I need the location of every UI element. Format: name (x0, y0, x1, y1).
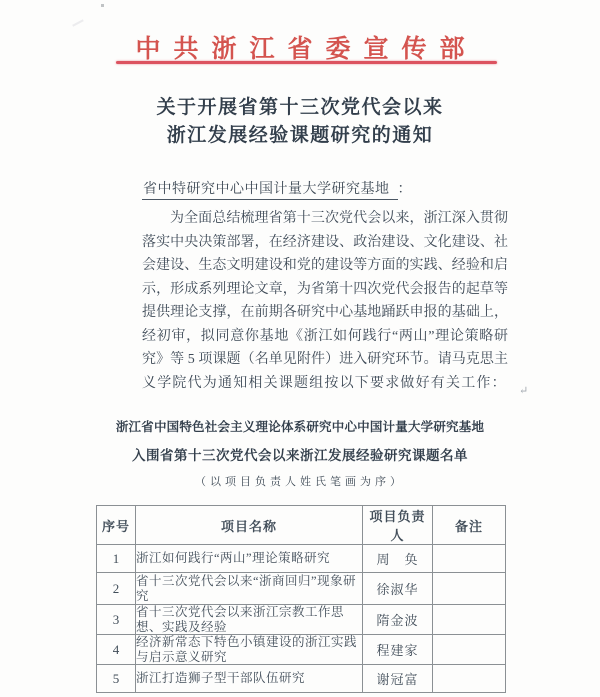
table-row: 3 省十三次党代会以来浙江宗教工作思想、实践及经验 隋金波 (97, 605, 506, 635)
cell-note (433, 545, 506, 573)
col-header-note: 备注 (433, 506, 506, 545)
addressee-colon: ： (398, 182, 412, 197)
body-line: 义学院代为通知相关课题组按以下要求做好有关工作： (142, 372, 508, 396)
scan-speck-artifact (101, 4, 104, 7)
cell-serial: 5 (97, 665, 136, 693)
topic-list-heading-line1: 浙江省中国特色社会主义理论体系研究中心中国计量大学研究基地 (0, 417, 600, 435)
cell-serial: 1 (97, 545, 136, 573)
cell-note (433, 635, 506, 665)
cell-leader: 徐淑华 (363, 573, 433, 605)
body-line: 示，形成系列理论文章，为省第十四次党代会报告的起草等 (142, 278, 508, 302)
col-header-serial: 序号 (97, 506, 136, 545)
col-header-leader: 项目负责人 (363, 506, 433, 545)
scan-smudge-artifact (72, 19, 84, 26)
body-line: 落实中央决策部署，在经济建设、政治建设、文化建设、社 (142, 231, 508, 255)
body-line: 究》等 5 项课题（名单见附件）进入研究环节。请马克思主 (142, 348, 508, 372)
table-row: 2 省十三次党代会以来“浙商回归”现象研究 徐淑华 (97, 573, 506, 605)
topic-list-heading-line2: 入围省第十三次党代会以来浙江发展经验研究课题名单 (0, 444, 600, 464)
body-line: 提供理论支撑，在前期各研究中心基地踊跃申报的基础上， (142, 301, 508, 325)
header-divider-line (116, 61, 497, 64)
table-header-row: 序号 项目名称 项目负责人 备注 (97, 506, 506, 545)
cell-note (433, 665, 506, 693)
cell-leader: 周 奂 (363, 545, 433, 573)
cell-project-name: 浙江打造狮子型干部队伍研究 (136, 665, 363, 693)
cell-serial: 4 (97, 635, 136, 665)
cell-project-name: 经济新常态下特色小镇建设的浙江实践与启示意义研究 (136, 635, 363, 665)
cell-leader: 谢冠富 (363, 665, 433, 693)
body-line: 会建设、生态文明建设和党的建设等方面的实践、经验和启 (142, 254, 508, 278)
table-row: 5 浙江打造狮子型干部队伍研究 谢冠富 (97, 665, 506, 693)
addressee-line: 省中特研究中心中国计量大学研究基地： (142, 178, 412, 198)
document-title-line1: 关于开展省第十三次党代会以来 (0, 94, 600, 122)
col-header-project-name: 项目名称 (136, 506, 363, 545)
paragraph-return-mark: ↵ (519, 384, 528, 397)
issuing-org-header: 中共浙江省委宣传部 (0, 29, 600, 65)
cell-leader: 隋金波 (363, 605, 433, 635)
scanned-notice-page: 中共浙江省委宣传部 关于开展省第十三次党代会以来 浙江发展经验课题研究的通知 省… (0, 0, 600, 697)
body-paragraph: 为全面总结梳理省第十三次党代会以来，浙江深入贯彻 落实中央决策部署，在经济建设、… (142, 207, 508, 395)
document-title: 关于开展省第十三次党代会以来 浙江发展经验课题研究的通知 (0, 94, 600, 150)
cell-project-name: 省十三次党代会以来“浙商回归”现象研究 (136, 573, 363, 605)
cell-serial: 3 (97, 605, 136, 635)
cell-leader: 程建家 (363, 635, 433, 665)
table-row: 1 浙江如何践行“两山”理论策略研究 周 奂 (97, 545, 506, 573)
cell-serial: 2 (97, 573, 136, 605)
document-title-line2: 浙江发展经验课题研究的通知 (0, 122, 600, 150)
body-line: 经初审，拟同意你基地《浙江如何践行“两山”理论策略研 (142, 325, 508, 349)
cell-project-name: 浙江如何践行“两山”理论策略研究 (136, 545, 363, 573)
addressee-name: 省中特研究中心中国计量大学研究基地 (142, 182, 398, 200)
cell-note (433, 605, 506, 635)
table-row: 4 经济新常态下特色小镇建设的浙江实践与启示意义研究 程建家 (97, 635, 506, 665)
topic-list-heading: 浙江省中国特色社会主义理论体系研究中心中国计量大学研究基地 入围省第十三次党代会… (0, 417, 600, 489)
cell-project-name: 省十三次党代会以来浙江宗教工作思想、实践及经验 (136, 605, 363, 635)
topic-table: 序号 项目名称 项目负责人 备注 1 浙江如何践行“两山”理论策略研究 周 奂 … (96, 505, 506, 693)
topic-list-order-note: （以项目负责人姓氏笔画为序） (0, 473, 600, 489)
cell-note (433, 573, 506, 605)
body-line: 为全面总结梳理省第十三次党代会以来，浙江深入贯彻 (142, 207, 508, 231)
